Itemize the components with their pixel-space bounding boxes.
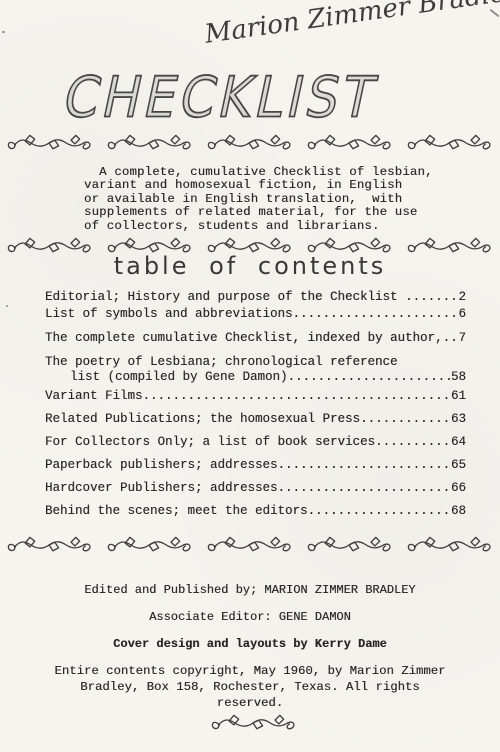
page-title: CHECKLIST bbox=[58, 65, 384, 130]
toc-row: List of symbols and abbreviations ......… bbox=[45, 307, 466, 322]
toc-page-number: 6 bbox=[458, 307, 466, 322]
toc-dot-leader: ........................................… bbox=[278, 458, 451, 473]
scan-speck bbox=[6, 305, 8, 307]
toc-page-number: 58 bbox=[451, 370, 466, 385]
toc-row-continuation: list (compiled by Gene Damon) ..........… bbox=[45, 370, 466, 385]
toc-row: Variant Films ..........................… bbox=[45, 389, 466, 404]
toc-page-number: 65 bbox=[451, 458, 466, 473]
toc-entry-label: list (compiled by Gene Damon) bbox=[45, 370, 288, 385]
toc-entry-label: The complete cumulative Checklist, index… bbox=[45, 331, 443, 346]
scan-speck bbox=[490, 9, 500, 17]
vine-ornament-icon bbox=[6, 533, 94, 557]
toc-row: Editorial; History and purpose of the Ch… bbox=[45, 290, 466, 305]
toc-row: Hardcover Publishers; addresses ........… bbox=[45, 481, 466, 496]
vine-ornament-icon bbox=[106, 131, 194, 155]
toc-list: Editorial; History and purpose of the Ch… bbox=[45, 290, 466, 519]
toc-row: For Collectors Only; a list of book serv… bbox=[45, 435, 466, 450]
toc-row: The poetry of Lesbiana; chronological re… bbox=[45, 355, 466, 385]
vine-ornament-footer bbox=[210, 711, 294, 735]
toc-dot-leader: ........................................… bbox=[405, 290, 458, 305]
toc-dot-leader: ........................................… bbox=[293, 307, 459, 322]
vine-ornament-icon bbox=[210, 711, 298, 735]
author-signature: Marion Zimmer Bradley bbox=[203, 0, 500, 50]
toc-page-number: 68 bbox=[451, 504, 466, 519]
toc-page-number: 2 bbox=[458, 290, 466, 305]
vine-ornament-icon bbox=[206, 533, 294, 557]
toc-entry-label: For Collectors Only; a list of book serv… bbox=[45, 435, 375, 450]
vine-ornament-divider bbox=[6, 131, 494, 155]
vine-ornament-icon bbox=[406, 533, 494, 557]
publisher-credit: Edited and Published by; MARION ZIMMER B… bbox=[0, 577, 500, 604]
vine-ornament-icon bbox=[406, 131, 494, 155]
toc-row: The complete cumulative Checklist, index… bbox=[45, 331, 466, 346]
toc-entry-label: Related Publications; the homosexual Pre… bbox=[45, 412, 360, 427]
publication-description: A complete, cumulative Checklist of lesb… bbox=[84, 166, 433, 233]
toc-entry-label: Paperback publishers; addresses bbox=[45, 458, 278, 473]
toc-page-number: 7 bbox=[458, 331, 466, 346]
scan-speck bbox=[2, 31, 5, 33]
toc-dot-leader: ........................................… bbox=[278, 481, 451, 496]
toc-dot-leader: ........................................… bbox=[443, 331, 459, 346]
credits-block: Edited and Published by; MARION ZIMMER B… bbox=[0, 577, 500, 658]
toc-entry-label: Editorial; History and purpose of the Ch… bbox=[45, 290, 405, 305]
toc-dot-leader: ........................................… bbox=[308, 504, 451, 519]
toc-row: Paperback publishers; addresses ........… bbox=[45, 458, 466, 473]
vine-ornament-icon bbox=[306, 533, 394, 557]
vine-ornament-icon bbox=[106, 533, 194, 557]
vine-ornament-icon bbox=[206, 131, 294, 155]
vine-ornament-divider bbox=[6, 533, 494, 557]
toc-page-number: 64 bbox=[451, 435, 466, 450]
toc-dot-leader: ........................................… bbox=[143, 389, 451, 404]
toc-entry-label: Behind the scenes; meet the editors bbox=[45, 504, 308, 519]
toc-entry-label: Hardcover Publishers; addresses bbox=[45, 481, 278, 496]
toc-page-number: 66 bbox=[451, 481, 466, 496]
toc-row: Related Publications; the homosexual Pre… bbox=[45, 412, 466, 427]
toc-entry-label: List of symbols and abbreviations bbox=[45, 307, 293, 322]
vine-ornament-icon bbox=[306, 131, 394, 155]
toc-page-number: 63 bbox=[451, 412, 466, 427]
scanned-document-page: Marion Zimmer Bradley CHECKLIST A comple… bbox=[0, 0, 500, 752]
toc-dot-leader: ........................................… bbox=[288, 370, 451, 385]
toc-heading: table of contents bbox=[0, 252, 500, 280]
toc-dot-leader: ........................................… bbox=[375, 435, 451, 450]
toc-page-number: 61 bbox=[451, 389, 466, 404]
copyright-notice: Entire contents copyright, May 1960, by … bbox=[0, 663, 500, 711]
associate-editor-credit: Associate Editor: GENE DAMON bbox=[0, 604, 500, 631]
cover-design-credit: Cover design and layouts by Kerry Dame bbox=[0, 631, 500, 658]
vine-ornament-icon bbox=[6, 131, 94, 155]
toc-entry-label: Variant Films bbox=[45, 389, 143, 404]
toc-entry-label: The poetry of Lesbiana; chronological re… bbox=[45, 355, 466, 370]
toc-row: Behind the scenes; meet the editors ....… bbox=[45, 504, 466, 519]
toc-dot-leader: ........................................… bbox=[360, 412, 451, 427]
